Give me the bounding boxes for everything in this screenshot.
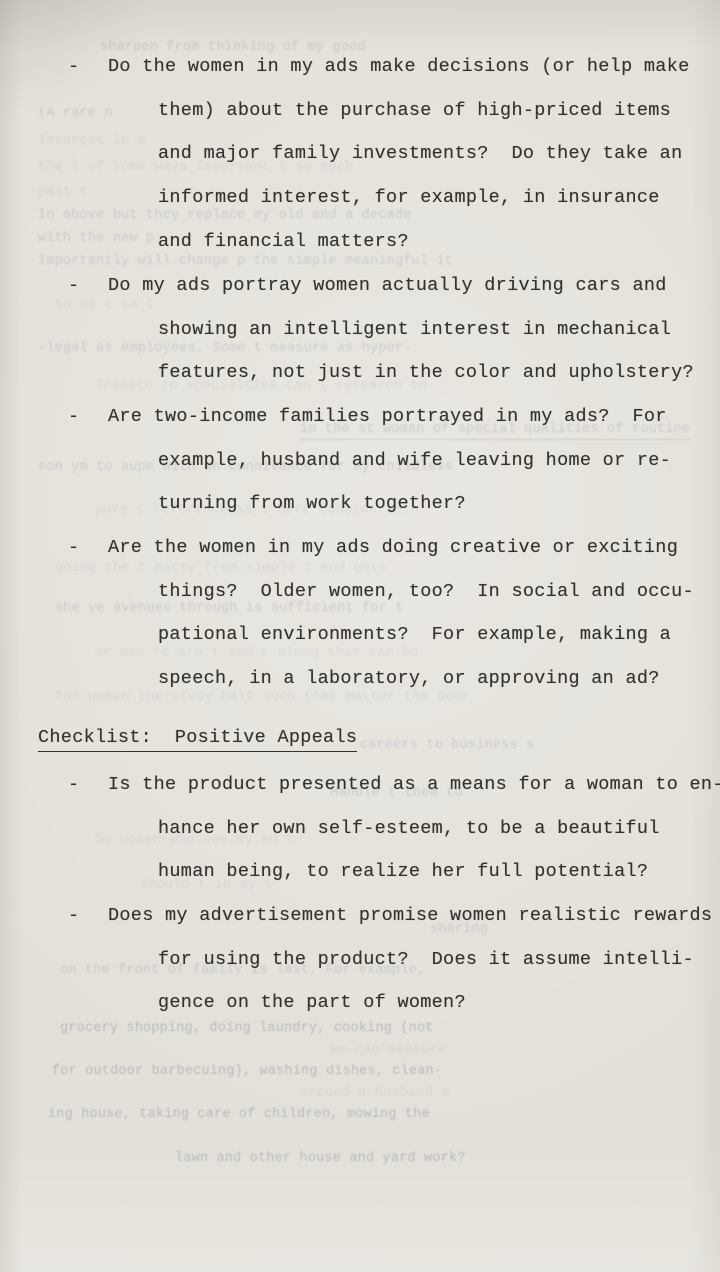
question-item: - Are two-income families portrayed in m…: [38, 395, 706, 526]
question-item: - Do my ads portray women actually drivi…: [38, 264, 706, 395]
question-line: Do the women in my ads make decisions (o…: [38, 45, 706, 89]
bullet-dash: -: [68, 264, 79, 308]
question-line: showing an intelligent interest in mecha…: [38, 308, 706, 352]
question-line: gence on the part of women?: [38, 981, 706, 1025]
question-line: things? Older women, too? In social and …: [38, 570, 706, 614]
question-line: for using the product? Does it assume in…: [38, 938, 706, 982]
question-line: and major family investments? Do they ta…: [38, 132, 706, 176]
question-line: Do my ads portray women actually driving…: [38, 264, 706, 308]
bullet-dash: -: [68, 395, 79, 439]
question-item: - Does my advertisement promise women re…: [38, 894, 706, 1025]
bullet-dash: -: [68, 763, 79, 807]
document-page: sharpen from thinking of my good(A rare …: [0, 0, 720, 1272]
question-line: example, husband and wife leaving home o…: [38, 439, 706, 483]
typed-text-layer: - Do the women in my ads make decisions …: [0, 0, 720, 1272]
section-heading: Checklist: Positive Appeals: [38, 727, 357, 752]
bullet-dash: -: [68, 526, 79, 570]
question-line: and financial matters?: [38, 220, 706, 264]
bullet-dash: -: [68, 45, 79, 89]
question-item: - Do the women in my ads make decisions …: [38, 45, 706, 264]
question-line: human being, to realize her full potenti…: [38, 850, 706, 894]
question-line: pational environments? For example, maki…: [38, 613, 706, 657]
question-line: Is the product presented as a means for …: [38, 763, 706, 807]
question-line: features, not just in the color and upho…: [38, 351, 706, 395]
question-line: turning from work together?: [38, 482, 706, 526]
question-line: them) about the purchase of high-priced …: [38, 89, 706, 133]
bullet-dash: -: [68, 894, 79, 938]
question-line: speech, in a laboratory, or approving an…: [38, 657, 706, 701]
question-line: Does my advertisement promise women real…: [38, 894, 706, 938]
question-line: hance her own self-esteem, to be a beaut…: [38, 807, 706, 851]
question-item: - Is the product presented as a means fo…: [38, 763, 706, 894]
question-item: - Are the women in my ads doing creative…: [38, 526, 706, 701]
question-line: Are two-income families portrayed in my …: [38, 395, 706, 439]
question-line: Are the women in my ads doing creative o…: [38, 526, 706, 570]
question-line: informed interest, for example, in insur…: [38, 176, 706, 220]
